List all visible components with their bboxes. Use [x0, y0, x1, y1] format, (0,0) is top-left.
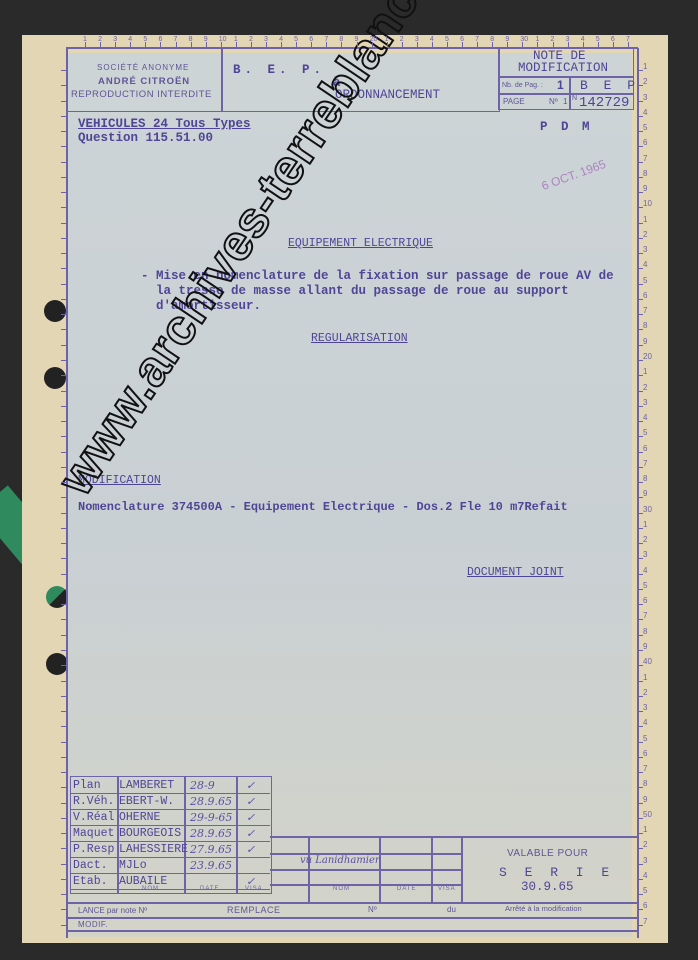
ruler-tick	[176, 42, 177, 47]
ruler-tick	[61, 192, 67, 193]
sig-visa: ✓	[246, 827, 255, 840]
right-ruler-number: 3	[643, 856, 647, 865]
ruler-tick	[61, 528, 67, 529]
second-block-note: vu Lanidhamier	[300, 855, 380, 866]
ruler-tick	[61, 589, 67, 590]
ruler-tick	[236, 42, 237, 47]
ruler-tick	[637, 360, 643, 361]
right-ruler-number: 1	[643, 520, 647, 529]
ruler-tick	[61, 497, 67, 498]
ruler-tick	[296, 42, 297, 47]
ruler-tick	[61, 543, 67, 544]
ruler-tick	[637, 497, 643, 498]
ruler-tick	[637, 681, 643, 682]
right-margin-line	[637, 48, 639, 938]
header-right-vdivider	[569, 76, 571, 110]
ruler-tick	[628, 42, 629, 47]
sig-name: LAHESSIERE	[119, 843, 188, 856]
ruler-tick	[462, 42, 463, 47]
ruler-tick	[61, 894, 67, 895]
from-department: B. E. P.	[233, 63, 325, 77]
ruler-tick	[637, 818, 643, 819]
ruler-tick	[61, 223, 67, 224]
right-ruler-number: 8	[643, 779, 647, 788]
ruler-tick	[61, 482, 67, 483]
ruler-tick	[61, 421, 67, 422]
ruler-tick	[637, 223, 643, 224]
header-divider	[221, 47, 223, 111]
ruler-tick	[637, 314, 643, 315]
ruler-tick	[61, 253, 67, 254]
ruler-tick	[206, 42, 207, 47]
ruler-tick	[61, 909, 67, 910]
right-ruler-number: 7	[643, 611, 647, 620]
ruler-tick	[637, 757, 643, 758]
ruler-tick	[637, 268, 643, 269]
ruler-tick	[61, 467, 67, 468]
ruler-tick	[311, 42, 312, 47]
ruler-tick	[61, 207, 67, 208]
ruler-tick	[61, 772, 67, 773]
ruler-tick	[637, 513, 643, 514]
right-ruler-number: 1	[643, 367, 647, 376]
right-ruler-number: 9	[643, 489, 647, 498]
ruler-tick	[191, 42, 192, 47]
ruler-tick	[637, 452, 643, 453]
ruler-tick	[522, 42, 523, 47]
company-line-3: REPRODUCTION INTERDITE	[71, 89, 212, 100]
ruler-tick	[61, 787, 67, 788]
ruler-tick	[61, 711, 67, 712]
right-ruler-number: 7	[643, 917, 647, 926]
ruler-tick	[637, 253, 643, 254]
ruler-tick	[637, 207, 643, 208]
footer-line	[66, 917, 638, 919]
ruler-tick	[61, 879, 67, 880]
ruler-tick	[598, 42, 599, 47]
sig-row-line	[70, 841, 270, 842]
validity-label: VALABLE POUR	[507, 848, 588, 859]
ruler-tick	[341, 42, 342, 47]
ruler-tick	[61, 360, 67, 361]
ruler-tick	[61, 162, 67, 163]
ruler-tick	[637, 162, 643, 163]
ruler-tick	[61, 619, 67, 620]
ruler-tick	[100, 42, 101, 47]
right-ruler-number: 3	[643, 550, 647, 559]
right-ruler-number: 7	[643, 306, 647, 315]
ruler-tick	[637, 131, 643, 132]
vehicles-line: VEHICULES 24 Tous Types	[78, 117, 251, 131]
ruler-tick	[61, 635, 67, 636]
right-ruler-number: 6	[643, 749, 647, 758]
ruler-tick	[266, 42, 267, 47]
ruler-tick	[61, 70, 67, 71]
right-ruler-number: 3	[643, 398, 647, 407]
right-ruler-number: 10	[643, 199, 652, 208]
ruler-tick	[637, 467, 643, 468]
ruler-tick	[61, 85, 67, 86]
right-ruler-number: 4	[643, 566, 647, 575]
sig-role: R.Véh.	[73, 795, 114, 808]
right-ruler-number: 1	[643, 825, 647, 834]
right-ruler-number: 2	[643, 230, 647, 239]
modif-label: MODIF.	[78, 920, 108, 929]
page-label: PAGE	[503, 97, 525, 106]
right-ruler-number: 3	[643, 245, 647, 254]
ruler-tick	[637, 85, 643, 86]
right-ruler-number: 50	[643, 810, 652, 819]
modification-line: Nomenclature 374500A - Equipement Electr…	[78, 500, 568, 514]
ruler-tick	[432, 42, 433, 47]
sig-date: 28-9	[190, 779, 215, 792]
ruler-tick	[637, 345, 643, 346]
sig-visa: ✓	[246, 843, 255, 856]
ruler-tick	[115, 42, 116, 47]
ruler-tick	[61, 757, 67, 758]
right-ruler-number: 9	[643, 642, 647, 651]
sig-name: BOURGEOIS	[119, 827, 181, 840]
ruler-tick	[637, 894, 643, 895]
right-ruler-number: 4	[643, 871, 647, 880]
ruler-tick	[637, 589, 643, 590]
right-ruler-number: 1	[643, 215, 647, 224]
right-ruler-number: 6	[643, 596, 647, 605]
ruler-tick	[637, 558, 643, 559]
ruler-tick	[61, 452, 67, 453]
ruler-tick	[61, 314, 67, 315]
right-ruler-number: 3	[643, 93, 647, 102]
ruler-tick	[61, 818, 67, 819]
ruler-tick	[637, 329, 643, 330]
sig-name: OHERNE	[119, 811, 160, 824]
remplace-du-label: du	[447, 905, 456, 914]
ruler-tick	[61, 329, 67, 330]
ruler-tick	[281, 42, 282, 47]
right-ruler-number: 5	[643, 886, 647, 895]
ruler-tick	[61, 131, 67, 132]
ruler-tick	[637, 879, 643, 880]
footer-line	[66, 930, 638, 932]
ruler-tick	[85, 42, 86, 47]
right-ruler-number: 20	[643, 352, 652, 361]
document-joint-label: DOCUMENT JOINT	[467, 566, 564, 579]
ruler-tick	[357, 42, 358, 47]
ruler-tick	[637, 650, 643, 651]
ruler-tick	[637, 619, 643, 620]
ruler-tick	[637, 406, 643, 407]
ruler-tick	[61, 513, 67, 514]
right-ruler-number: 6	[643, 291, 647, 300]
sig-role: Plan	[73, 779, 101, 792]
ruler-tick	[637, 909, 643, 910]
nb-pages-value: 1	[557, 78, 564, 92]
question-line: Question 115.51.00	[78, 131, 213, 145]
right-ruler-number: 5	[643, 123, 647, 132]
ruler-tick	[637, 833, 643, 834]
right-ruler-number: 2	[643, 77, 647, 86]
right-ruler-number: 4	[643, 260, 647, 269]
ruler-tick	[637, 772, 643, 773]
sig-date: 28.9.65	[190, 827, 232, 840]
right-ruler-number: 2	[643, 840, 647, 849]
right-ruler-number: 8	[643, 474, 647, 483]
service-code: B E P	[580, 78, 639, 93]
ruler-tick	[637, 421, 643, 422]
sig-name: MJLo	[119, 859, 147, 872]
sig-date: 28.9.65	[190, 795, 232, 808]
ruler-tick	[417, 42, 418, 47]
ruler-tick	[537, 42, 538, 47]
ruler-tick	[61, 864, 67, 865]
ruler-tick	[61, 177, 67, 178]
right-ruler-number: 4	[643, 108, 647, 117]
ruler-tick	[61, 574, 67, 575]
right-ruler-number: 8	[643, 169, 647, 178]
right-ruler-number: 2	[643, 535, 647, 544]
ruler-tick	[61, 650, 67, 651]
remplace-no-label: Nº	[368, 905, 377, 914]
right-ruler-number: 1	[643, 673, 647, 682]
binder-hole	[44, 367, 66, 389]
sig-row-line	[70, 793, 270, 794]
right-ruler-number: 4	[643, 413, 647, 422]
ruler-tick	[372, 42, 373, 47]
ruler-tick	[160, 42, 161, 47]
arrete-label: Arrêté à la modification	[505, 904, 582, 913]
sig-row-line	[70, 809, 270, 810]
right-ruler-number: 5	[643, 428, 647, 437]
ruler-tick	[61, 558, 67, 559]
lance-label: LANCE par note Nº	[78, 906, 147, 915]
col-visa-label: VISA	[245, 886, 263, 892]
ruler-tick	[637, 101, 643, 102]
ruler-tick	[637, 635, 643, 636]
right-ruler-number: 5	[643, 276, 647, 285]
note-number: 142729	[579, 95, 629, 111]
ruler-tick	[61, 925, 67, 926]
ruler-tick	[492, 42, 493, 47]
ruler-tick	[613, 42, 614, 47]
ruler-tick	[402, 42, 403, 47]
ruler-tick	[637, 436, 643, 437]
right-ruler-number: 8	[643, 627, 647, 636]
pdm-code: P D M	[540, 120, 593, 134]
ruler-tick	[637, 146, 643, 147]
ruler-tick	[637, 711, 643, 712]
second-block-col	[461, 836, 463, 902]
ruler-tick	[61, 345, 67, 346]
ruler-tick	[583, 42, 584, 47]
sig-row-line	[70, 889, 270, 890]
right-ruler-number: 7	[643, 154, 647, 163]
sig-role: P.Resp	[73, 843, 114, 856]
ruler-tick	[61, 116, 67, 117]
ruler-tick	[221, 42, 222, 47]
note-no-label: N	[572, 95, 577, 102]
right-ruler-number: 9	[643, 184, 647, 193]
nb-pages-label: Nb. de Pag. :	[502, 82, 543, 89]
right-ruler-number: 1	[643, 62, 647, 71]
right-ruler-number: 9	[643, 795, 647, 804]
validity-date: 30.9.65	[521, 880, 574, 894]
company-line-1: SOCIÉTÉ ANONYME	[97, 63, 189, 72]
sig-row-line	[70, 825, 270, 826]
ruler-tick	[637, 528, 643, 529]
validity-serie: S E R I E	[499, 865, 614, 880]
right-ruler-number: 6	[643, 901, 647, 910]
ruler-tick	[61, 848, 67, 849]
sig-role: Maquet	[73, 827, 114, 840]
remplace-label: REMPLACE	[227, 905, 281, 915]
ruler-tick	[61, 604, 67, 605]
second-col-visa: VISA	[438, 886, 456, 892]
ruler-tick	[61, 803, 67, 804]
binder-hole	[44, 300, 66, 322]
ruler-tick	[387, 42, 388, 47]
right-ruler-number: 3	[643, 703, 647, 712]
right-ruler-number: 4	[643, 718, 647, 727]
ruler-tick	[251, 42, 252, 47]
right-ruler-number: 2	[643, 383, 647, 392]
right-ruler-number: 9	[643, 337, 647, 346]
sig-visa: ✓	[246, 779, 255, 792]
ruler-tick	[637, 848, 643, 849]
ruler-tick	[61, 436, 67, 437]
sig-date: 27.9.65	[190, 843, 232, 856]
doc-type-line-2: MODIFICATION	[518, 61, 608, 75]
right-ruler-number: 7	[643, 764, 647, 773]
ruler-tick	[61, 375, 67, 376]
right-ruler-number: 40	[643, 657, 652, 666]
ruler-tick	[61, 101, 67, 102]
ruler-tick	[145, 42, 146, 47]
ruler-tick	[61, 681, 67, 682]
second-block-col	[379, 836, 381, 902]
ruler-tick	[447, 42, 448, 47]
right-ruler-number: 6	[643, 444, 647, 453]
right-ruler-number: 8	[643, 321, 647, 330]
second-block-col	[431, 836, 433, 902]
col-date-label: DATE	[200, 886, 220, 892]
ruler-tick	[637, 787, 643, 788]
second-col-date: DATE	[397, 886, 417, 892]
sig-row-line	[70, 857, 270, 858]
ruler-tick	[507, 42, 508, 47]
right-ruler-number: 30	[643, 505, 652, 514]
col-nom-label: NOM	[142, 886, 159, 892]
ruler-tick	[637, 726, 643, 727]
second-block-top	[270, 836, 637, 838]
sig-role: Etab.	[73, 875, 108, 888]
right-ruler-number: 2	[643, 688, 647, 697]
second-block-col	[308, 836, 310, 902]
second-col-nom: NOM	[333, 886, 350, 892]
ruler-tick	[637, 177, 643, 178]
ruler-tick	[637, 482, 643, 483]
sig-role: Dact.	[73, 859, 108, 872]
right-ruler-number: 5	[643, 581, 647, 590]
ruler-tick	[637, 925, 643, 926]
ruler-tick	[637, 116, 643, 117]
ruler-tick	[568, 42, 569, 47]
ruler-tick	[637, 574, 643, 575]
ruler-tick	[61, 391, 67, 392]
company-name: ANDRÉ CITROËN	[98, 76, 190, 87]
ruler-tick	[61, 146, 67, 147]
ruler-tick	[61, 726, 67, 727]
regularisation-title: REGULARISATION	[311, 332, 408, 345]
ruler-tick	[637, 604, 643, 605]
sig-date: 23.9.65	[190, 859, 232, 872]
ruler-tick	[477, 42, 478, 47]
ruler-tick	[326, 42, 327, 47]
ruler-tick	[637, 238, 643, 239]
page-no-label: Nº	[549, 97, 558, 106]
ruler-tick	[637, 375, 643, 376]
right-ruler-number: 5	[643, 734, 647, 743]
sig-name: EBERT-W.	[119, 795, 174, 808]
binder-hole	[46, 653, 68, 675]
sig-visa: ✓	[246, 795, 255, 808]
right-ruler-number: 6	[643, 138, 647, 147]
left-margin-line	[66, 48, 68, 938]
sig-name: LAMBERET	[119, 779, 174, 792]
ruler-tick	[637, 665, 643, 666]
ruler-tick	[61, 665, 67, 666]
ruler-tick	[637, 803, 643, 804]
ruler-tick	[61, 696, 67, 697]
ruler-tick	[61, 299, 67, 300]
sig-visa: ✓	[246, 811, 255, 824]
ruler-tick	[61, 268, 67, 269]
right-ruler-number: 7	[643, 459, 647, 468]
ruler-tick	[637, 284, 643, 285]
ruler-tick	[637, 299, 643, 300]
ruler-tick	[637, 192, 643, 193]
ruler-tick	[637, 543, 643, 544]
ruler-tick	[637, 391, 643, 392]
sig-row-line	[70, 873, 270, 874]
ruler-tick	[637, 696, 643, 697]
ruler-tick	[130, 42, 131, 47]
ruler-tick	[553, 42, 554, 47]
sig-role: V.Réal	[73, 811, 114, 824]
ruler-tick	[637, 742, 643, 743]
ruler-tick	[61, 238, 67, 239]
page-no-value: 1	[563, 97, 567, 106]
ruler-tick	[637, 864, 643, 865]
ruler-tick	[637, 70, 643, 71]
section-title: EQUIPEMENT ELECTRIQUE	[288, 237, 433, 250]
ruler-tick	[61, 833, 67, 834]
ruler-tick	[61, 406, 67, 407]
sig-date: 29-9-65	[190, 811, 232, 824]
ruler-tick	[61, 284, 67, 285]
ruler-tick	[61, 742, 67, 743]
